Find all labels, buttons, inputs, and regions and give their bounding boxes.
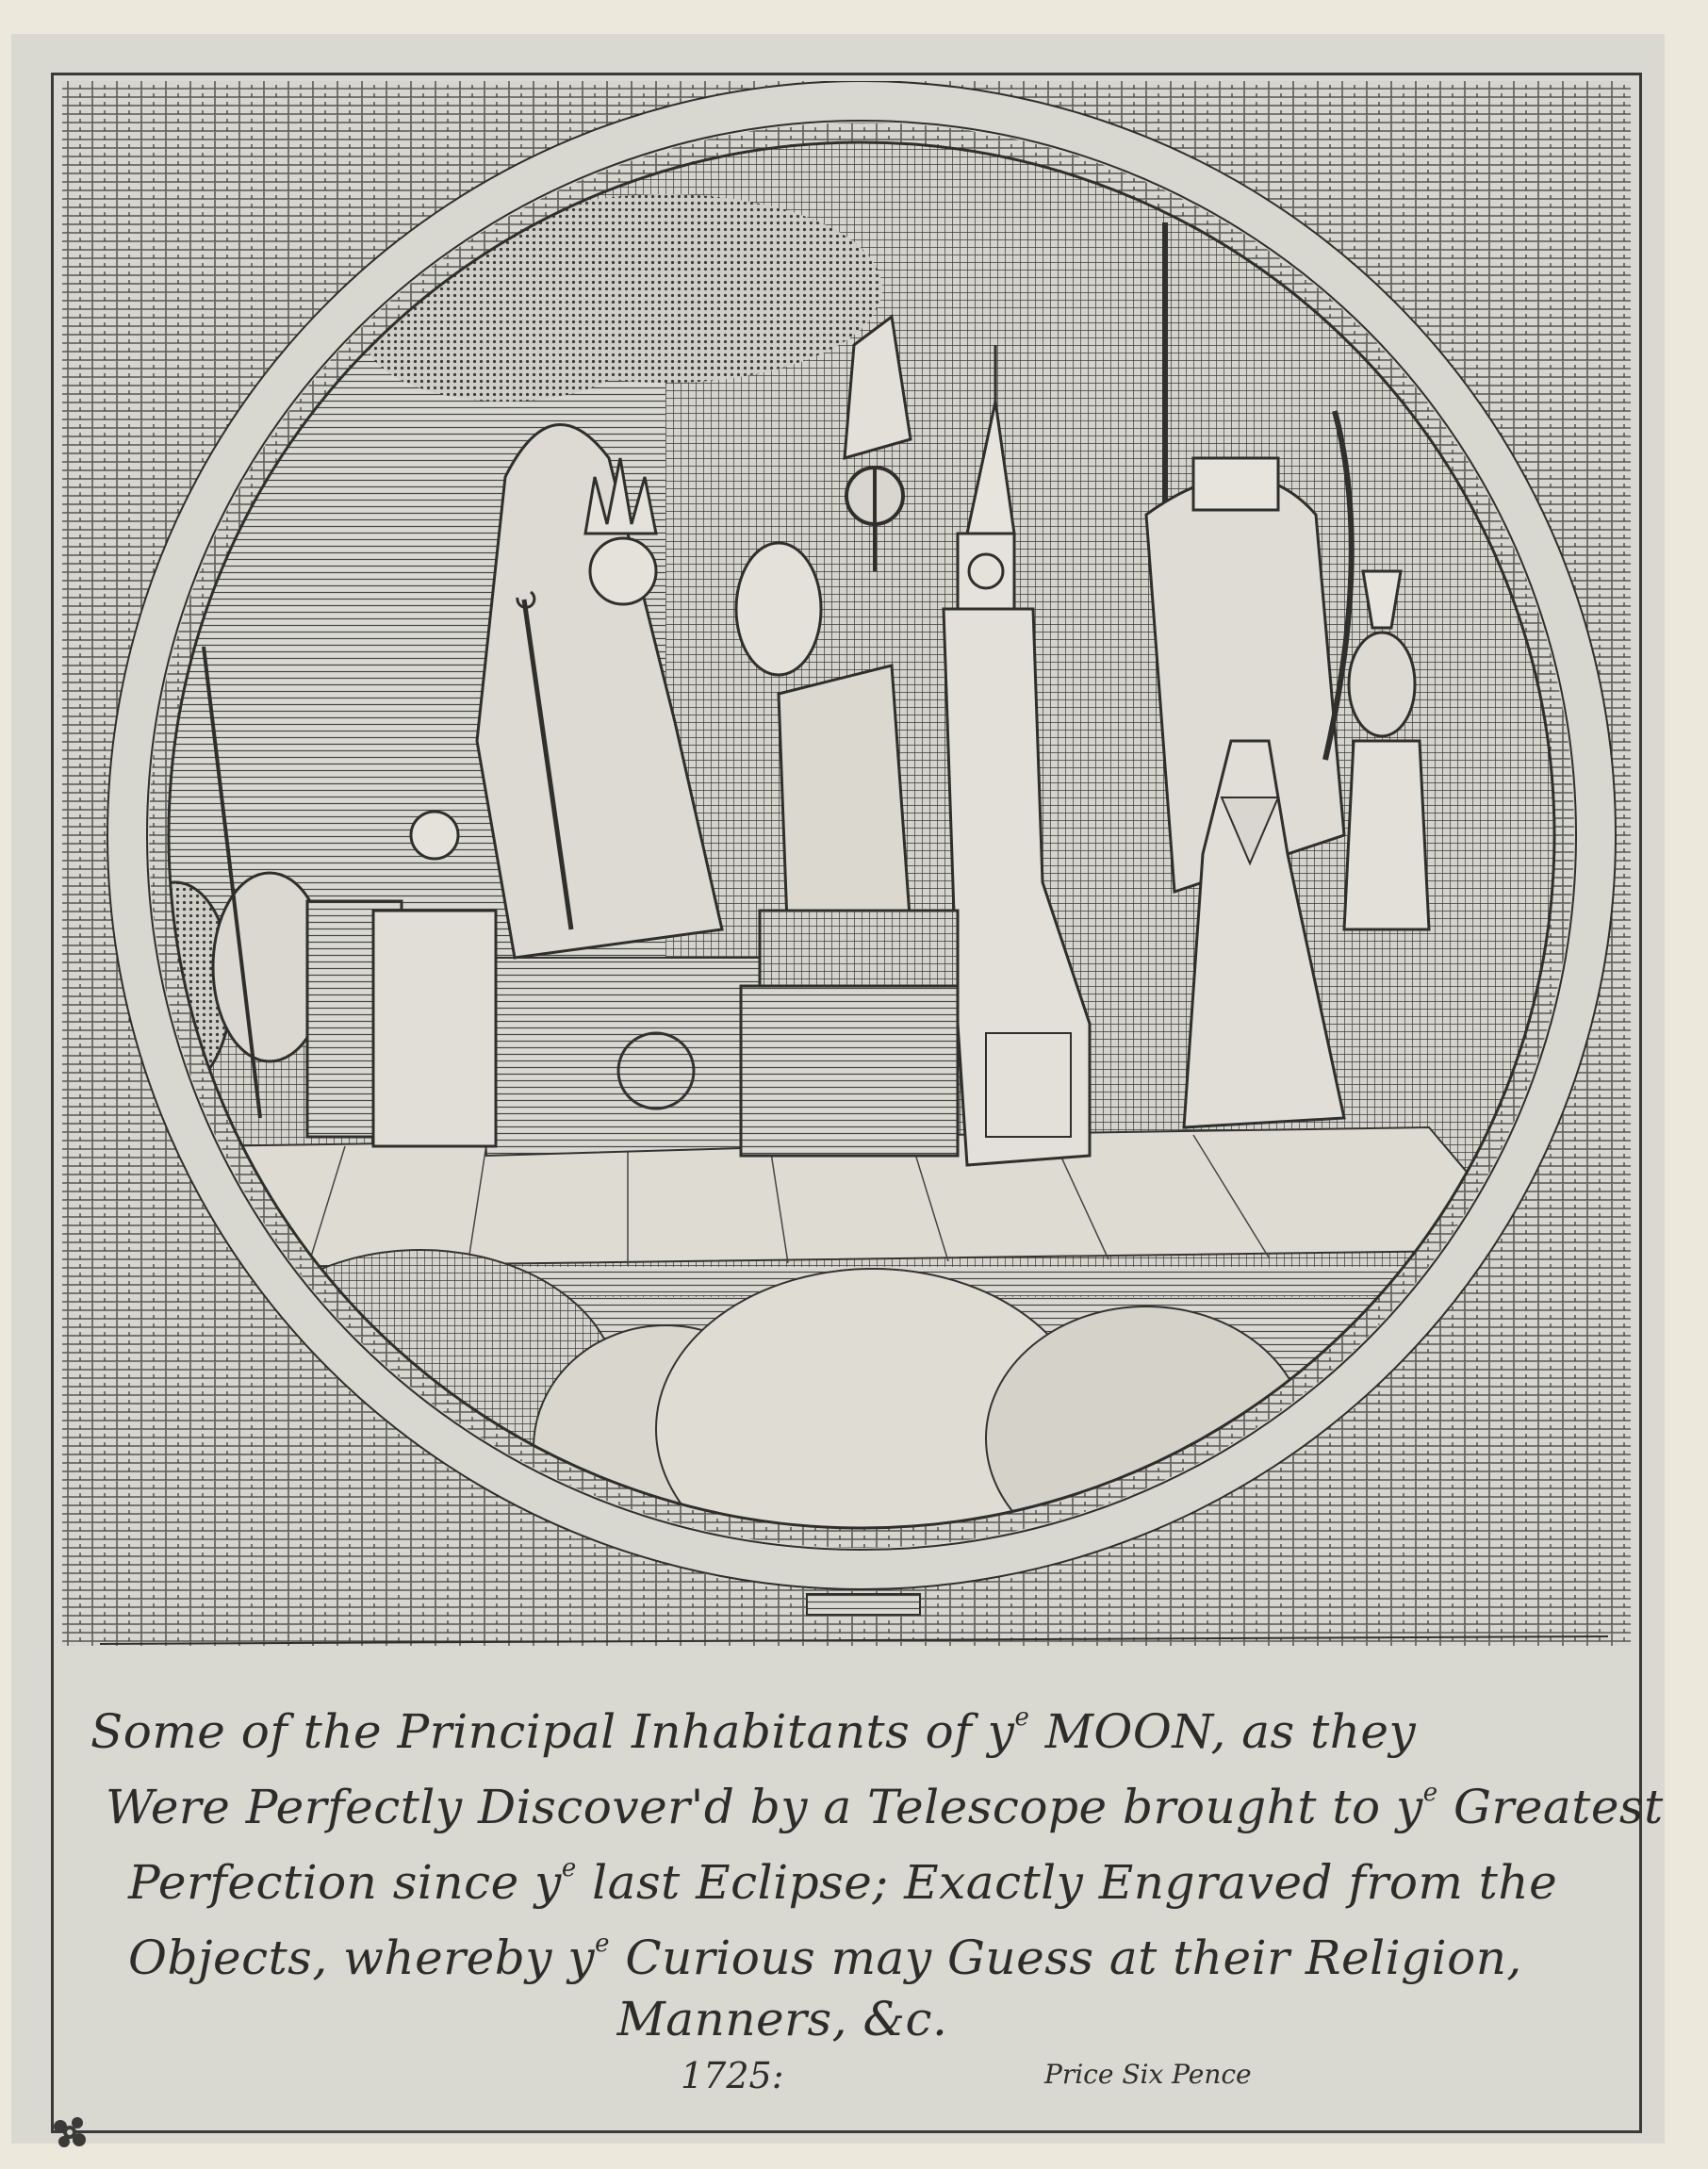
roundel-tab bbox=[807, 1594, 920, 1615]
caption-line-4: Objects, whereby ye Curious may Guess at… bbox=[85, 1914, 1612, 1989]
price-label: Price Six Pence bbox=[1044, 2059, 1252, 2090]
caption-line-5: Manners, &c. bbox=[85, 1989, 1612, 2050]
scene-drawing bbox=[62, 81, 1631, 1646]
caption-line-1: Some of the Principal Inhabitants of ye … bbox=[85, 1687, 1612, 1763]
date-label: 1725: bbox=[681, 2055, 784, 2096]
caption-line-2: Were Perfectly Discover'd by a Telescope… bbox=[85, 1763, 1612, 1838]
ink-blot-icon bbox=[51, 2113, 89, 2151]
engraved-scene bbox=[62, 81, 1631, 1646]
caption: Some of the Principal Inhabitants of ye … bbox=[85, 1687, 1612, 2050]
caption-line-3: Perfection since ye last Eclipse; Exactl… bbox=[85, 1838, 1612, 1914]
